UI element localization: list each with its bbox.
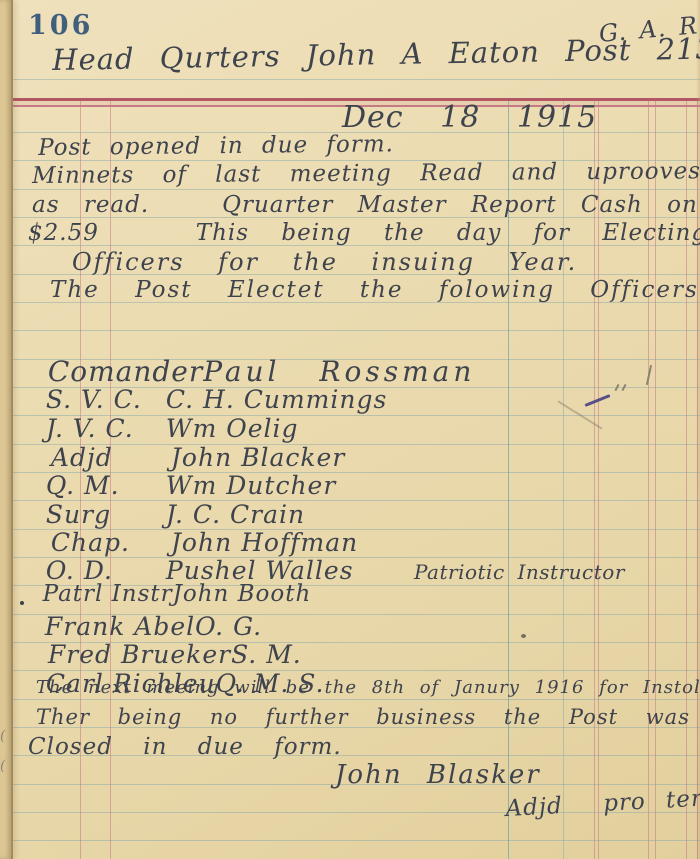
ink-dot [20, 601, 24, 605]
closing-line: The next meeing will be the 8th of Janur… [36, 679, 700, 697]
horizontal-rule [0, 189, 700, 190]
entry-date: Dec 18 1915 [342, 103, 597, 133]
page-number: 106 [28, 10, 93, 41]
minutes-line: Minnets of last meeting Read and uproove… [32, 160, 700, 188]
minutes-line: as read. Qruarter Master Report Cash on … [32, 194, 700, 217]
page-right-edge [696, 0, 700, 859]
minutes-line: Post opened in due form. [38, 133, 394, 160]
adjutant-signature: John Blasker [335, 762, 541, 788]
closing-line: Closed in due form. [28, 736, 342, 759]
ledger-page-scan: { "page": { "number": "106", "org_headin… [0, 0, 700, 859]
minutes-line: Officers for the insuing Year. [72, 250, 577, 274]
margin-pencil-mark: ( [0, 728, 5, 744]
horizontal-rule [0, 699, 700, 700]
margin-pencil-mark: ( [0, 758, 5, 774]
horizontal-rule [0, 840, 700, 841]
closing-line: Ther being no further business the Post … [36, 707, 690, 728]
minutes-line: $2.59 This being the day for Electing [28, 222, 700, 245]
pencil-dot [521, 634, 526, 638]
minutes-line: The Post Electet the folowing Officers [50, 279, 699, 302]
horizontal-rule [0, 79, 700, 80]
officer-note: Patriotic Instructor [414, 562, 625, 582]
